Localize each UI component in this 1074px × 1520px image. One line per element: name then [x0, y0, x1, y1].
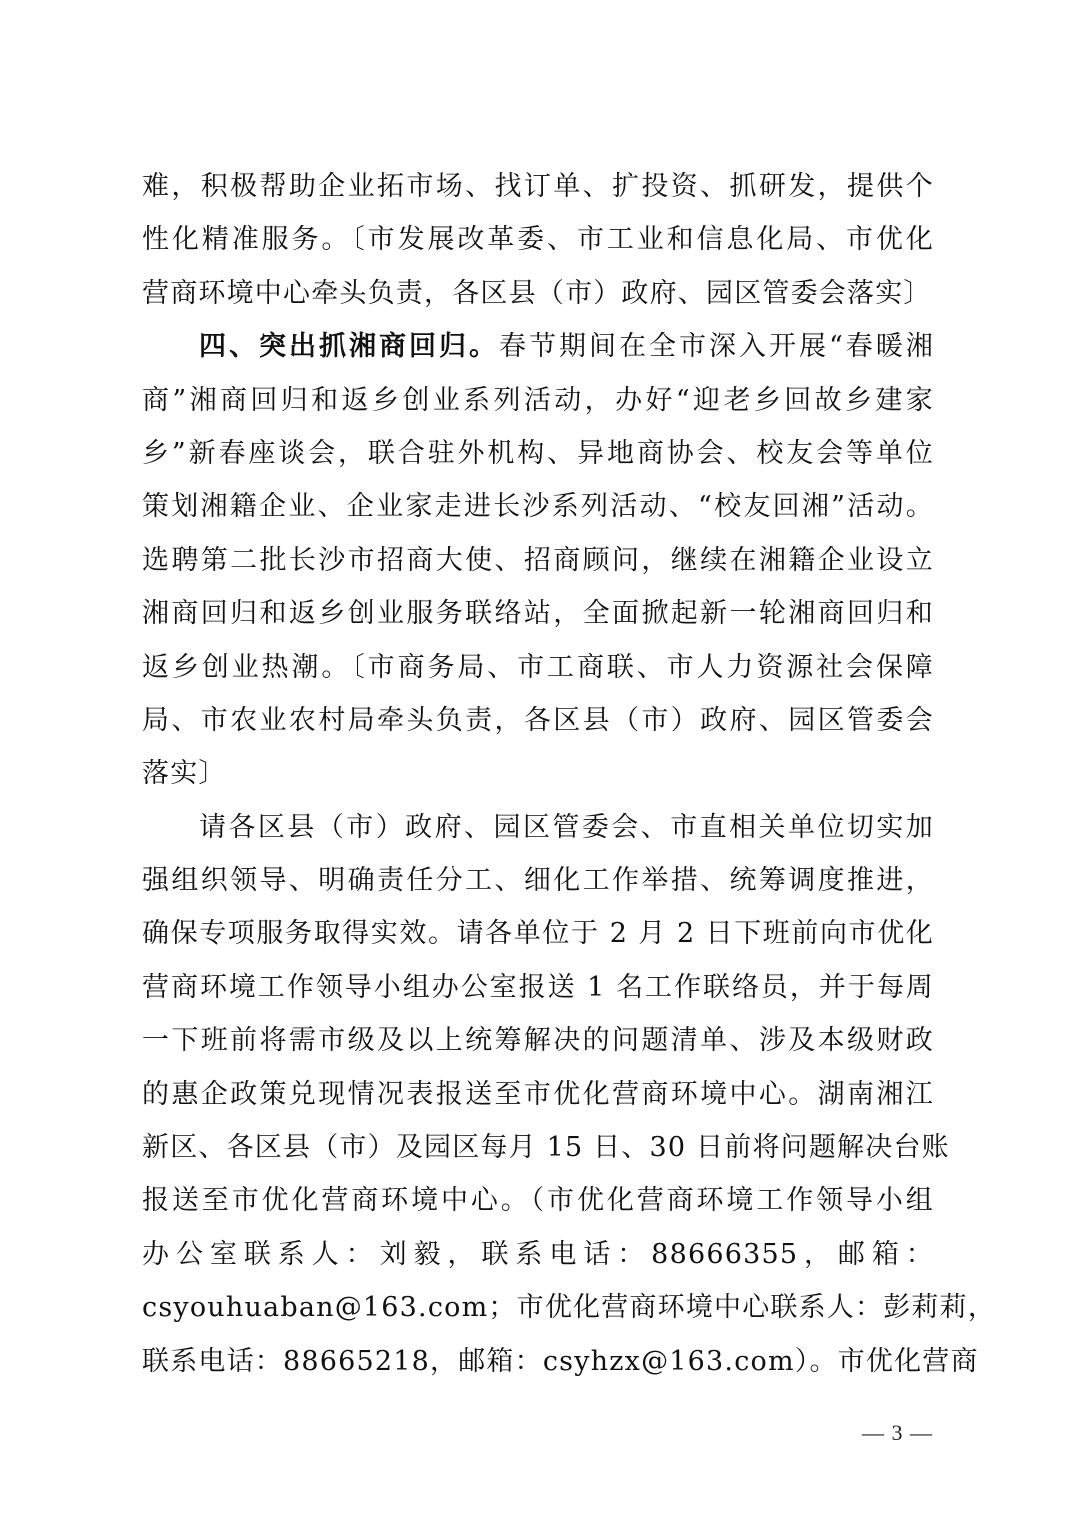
document-page: 难，积极帮助企业拓市场、找订单、扩投资、抓研发，提供个 性化精准服务。〔市发展改…: [0, 0, 1074, 1520]
text-line: 营商环境工作领导小组办公室报送 1 名工作联络员，并于每周: [142, 961, 934, 1014]
text-line: 选聘第二批长沙市招商大使、招商顾问，继续在湘籍企业设立: [142, 534, 934, 587]
text-line: 请各区县（市）政府、园区管委会、市直相关单位切实加: [142, 801, 934, 854]
text-line: 商”湘商回归和返乡创业系列活动，办好“迎老乡回故乡建家: [142, 374, 934, 427]
text-line: 办公室联系人：刘毅，联系电话：88666355，邮箱：: [142, 1228, 934, 1281]
text-line: 难，积极帮助企业拓市场、找订单、扩投资、抓研发，提供个: [142, 160, 934, 213]
section-heading: 四、突出抓湘商回归。: [199, 331, 499, 362]
text-line: 返乡创业热潮。〔市商务局、市工商联、市人力资源社会保障: [142, 641, 934, 694]
text-line: csyouhuaban@163.com；市优化营商环境中心联系人：彭莉莉，: [142, 1281, 934, 1334]
text-line: 一下班前将需市级及以上统筹解决的问题清单、涉及本级财政: [142, 1014, 934, 1067]
text-line: 四、突出抓湘商回归。春节期间在全市深入开展“春暖湘: [142, 320, 934, 373]
paragraph-section-four: 四、突出抓湘商回归。春节期间在全市深入开展“春暖湘 商”湘商回归和返乡创业系列活…: [142, 320, 934, 801]
text-line: 联系电话：88665218，邮箱：csyhzx@163.com）。市优化营商: [142, 1335, 934, 1388]
text-line: 乡”新春座谈会，联合驻外机构、异地商协会、校友会等单位: [142, 427, 934, 480]
text-line: 确保专项服务取得实效。请各单位于 2 月 2 日下班前向市优化: [142, 907, 934, 960]
text-line: 新区、各区县（市）及园区每月 15 日、30 日前将问题解决台账: [142, 1121, 934, 1174]
text-line: 湘商回归和返乡创业服务联络站，全面掀起新一轮湘商回归和: [142, 587, 934, 640]
text-line: 策划湘籍企业、企业家走进长沙系列活动、“校友回湘”活动。: [142, 480, 934, 533]
text-line: 落实〕: [142, 747, 934, 800]
text-segment: 春节期间在全市深入开展“春暖湘: [499, 331, 934, 362]
paragraph-closing: 请各区县（市）政府、园区管委会、市直相关单位切实加 强组织领导、明确责任分工、细…: [142, 801, 934, 1388]
text-line: 报送至市优化营商环境中心。（市优化营商环境工作领导小组: [142, 1174, 934, 1227]
page-number: — 3 —: [862, 1420, 933, 1446]
text-line: 强组织领导、明确责任分工、细化工作举措、统筹调度推进，: [142, 854, 934, 907]
paragraph-continuation: 难，积极帮助企业拓市场、找订单、扩投资、抓研发，提供个 性化精准服务。〔市发展改…: [142, 160, 934, 320]
text-line: 营商环境中心牵头负责，各区县（市）政府、园区管委会落实〕: [142, 267, 934, 320]
document-body: 难，积极帮助企业拓市场、找订单、扩投资、抓研发，提供个 性化精准服务。〔市发展改…: [142, 160, 934, 1388]
text-line: 的惠企政策兑现情况表报送至市优化营商环境中心。湖南湘江: [142, 1068, 934, 1121]
text-line: 性化精准服务。〔市发展改革委、市工业和信息化局、市优化: [142, 213, 934, 266]
text-line: 局、市农业农村局牵头负责，各区县（市）政府、园区管委会: [142, 694, 934, 747]
